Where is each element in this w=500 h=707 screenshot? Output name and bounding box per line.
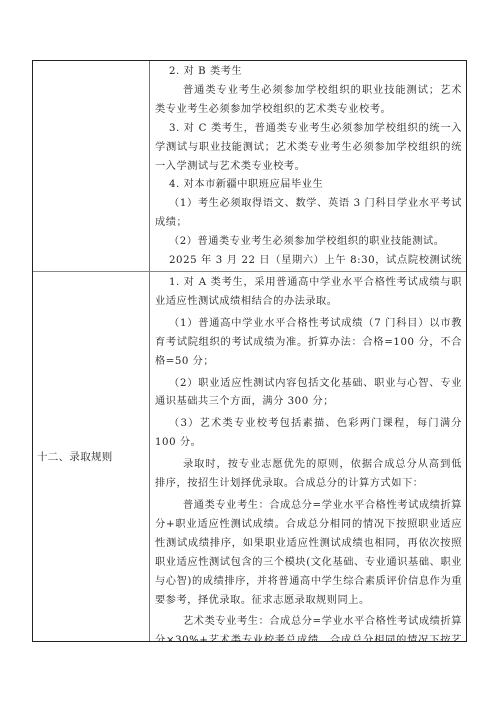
paragraph-art-category-score: 艺术类专业考生：合成总分=学业水平合格性考试成绩折算分×30%+艺术类专业校考总…	[155, 613, 462, 641]
table-row-admission-rules: 十二、录取规则 1. 对 A 类考生，采用普通高中学业水平合格性考试成绩与职业适…	[33, 272, 466, 641]
row-content-cell: 1. 对 A 类考生，采用普通高中学业水平合格性考试成绩与职业适应性测试成绩相结…	[150, 272, 466, 641]
paragraph-xinjiang-heading: 4. 对本市新疆中职班应届毕业生	[155, 176, 462, 195]
paragraph-xinjiang-item-1: （1）考生必须取得语文、数学、英语 3 门科目学业水平考试成绩；	[155, 195, 462, 233]
paragraph-a-item-2: （2）职业适应性测试内容包括文化基础、职业与心智、专业通识基础共三个方面，满分 …	[155, 375, 462, 413]
paragraph-exam-date: 2025 年 3 月 22 日（星期六）上午 8:30，试点院校测试统一开始，具…	[155, 252, 462, 271]
table-row-exam-requirements: 2. 对 B 类考生 普通类专业考生必须参加学校组织的职业技能测试；艺术类专业考…	[33, 61, 466, 272]
paragraph-xinjiang-item-2: （2）普通类专业考生必须参加学校组织的职业技能测试。	[155, 233, 462, 252]
admission-rules-table: 2. 对 B 类考生 普通类专业考生必须参加学校组织的职业技能测试；艺术类专业考…	[32, 60, 467, 642]
paragraph-general-category-score: 普通类专业考生：合成总分=学业水平合格性考试成绩折算分+职业适应性测试成绩。合成…	[155, 497, 462, 610]
paragraph-a-item-1: （1）普通高中学业水平合格性考试成绩（7 门科目）以市教育考试院组织的考试成绩为…	[155, 315, 462, 372]
paragraph-b-category-heading: 2. 对 B 类考生	[155, 63, 462, 82]
paragraph-c-category: 3. 对 C 类考生，普通类专业考生必须参加学校组织的统一入学测试与职业技能测试…	[155, 120, 462, 177]
paragraph-admission-principle: 录取时，按专业志愿优先的原则，依据合成总分从高到低排序，按招生计划择优录取。合成…	[155, 456, 462, 494]
paragraph-b-category-body: 普通类专业考生必须参加学校组织的职业技能测试；艺术类专业考生必须参加学校组织的艺…	[155, 82, 462, 120]
paragraph-a-category: 1. 对 A 类考生，采用普通高中学业水平合格性考试成绩与职业适应性测试成绩相结…	[155, 274, 462, 312]
row-label-cell	[33, 61, 150, 271]
row-content-cell: 2. 对 B 类考生 普通类专业考生必须参加学校组织的职业技能测试；艺术类专业考…	[150, 61, 466, 271]
row-label-admission-rules: 十二、录取规则	[33, 272, 150, 641]
paragraph-a-item-3: （3）艺术类专业校考包括素描、色彩两门课程，每门满分 100 分。	[155, 415, 462, 453]
